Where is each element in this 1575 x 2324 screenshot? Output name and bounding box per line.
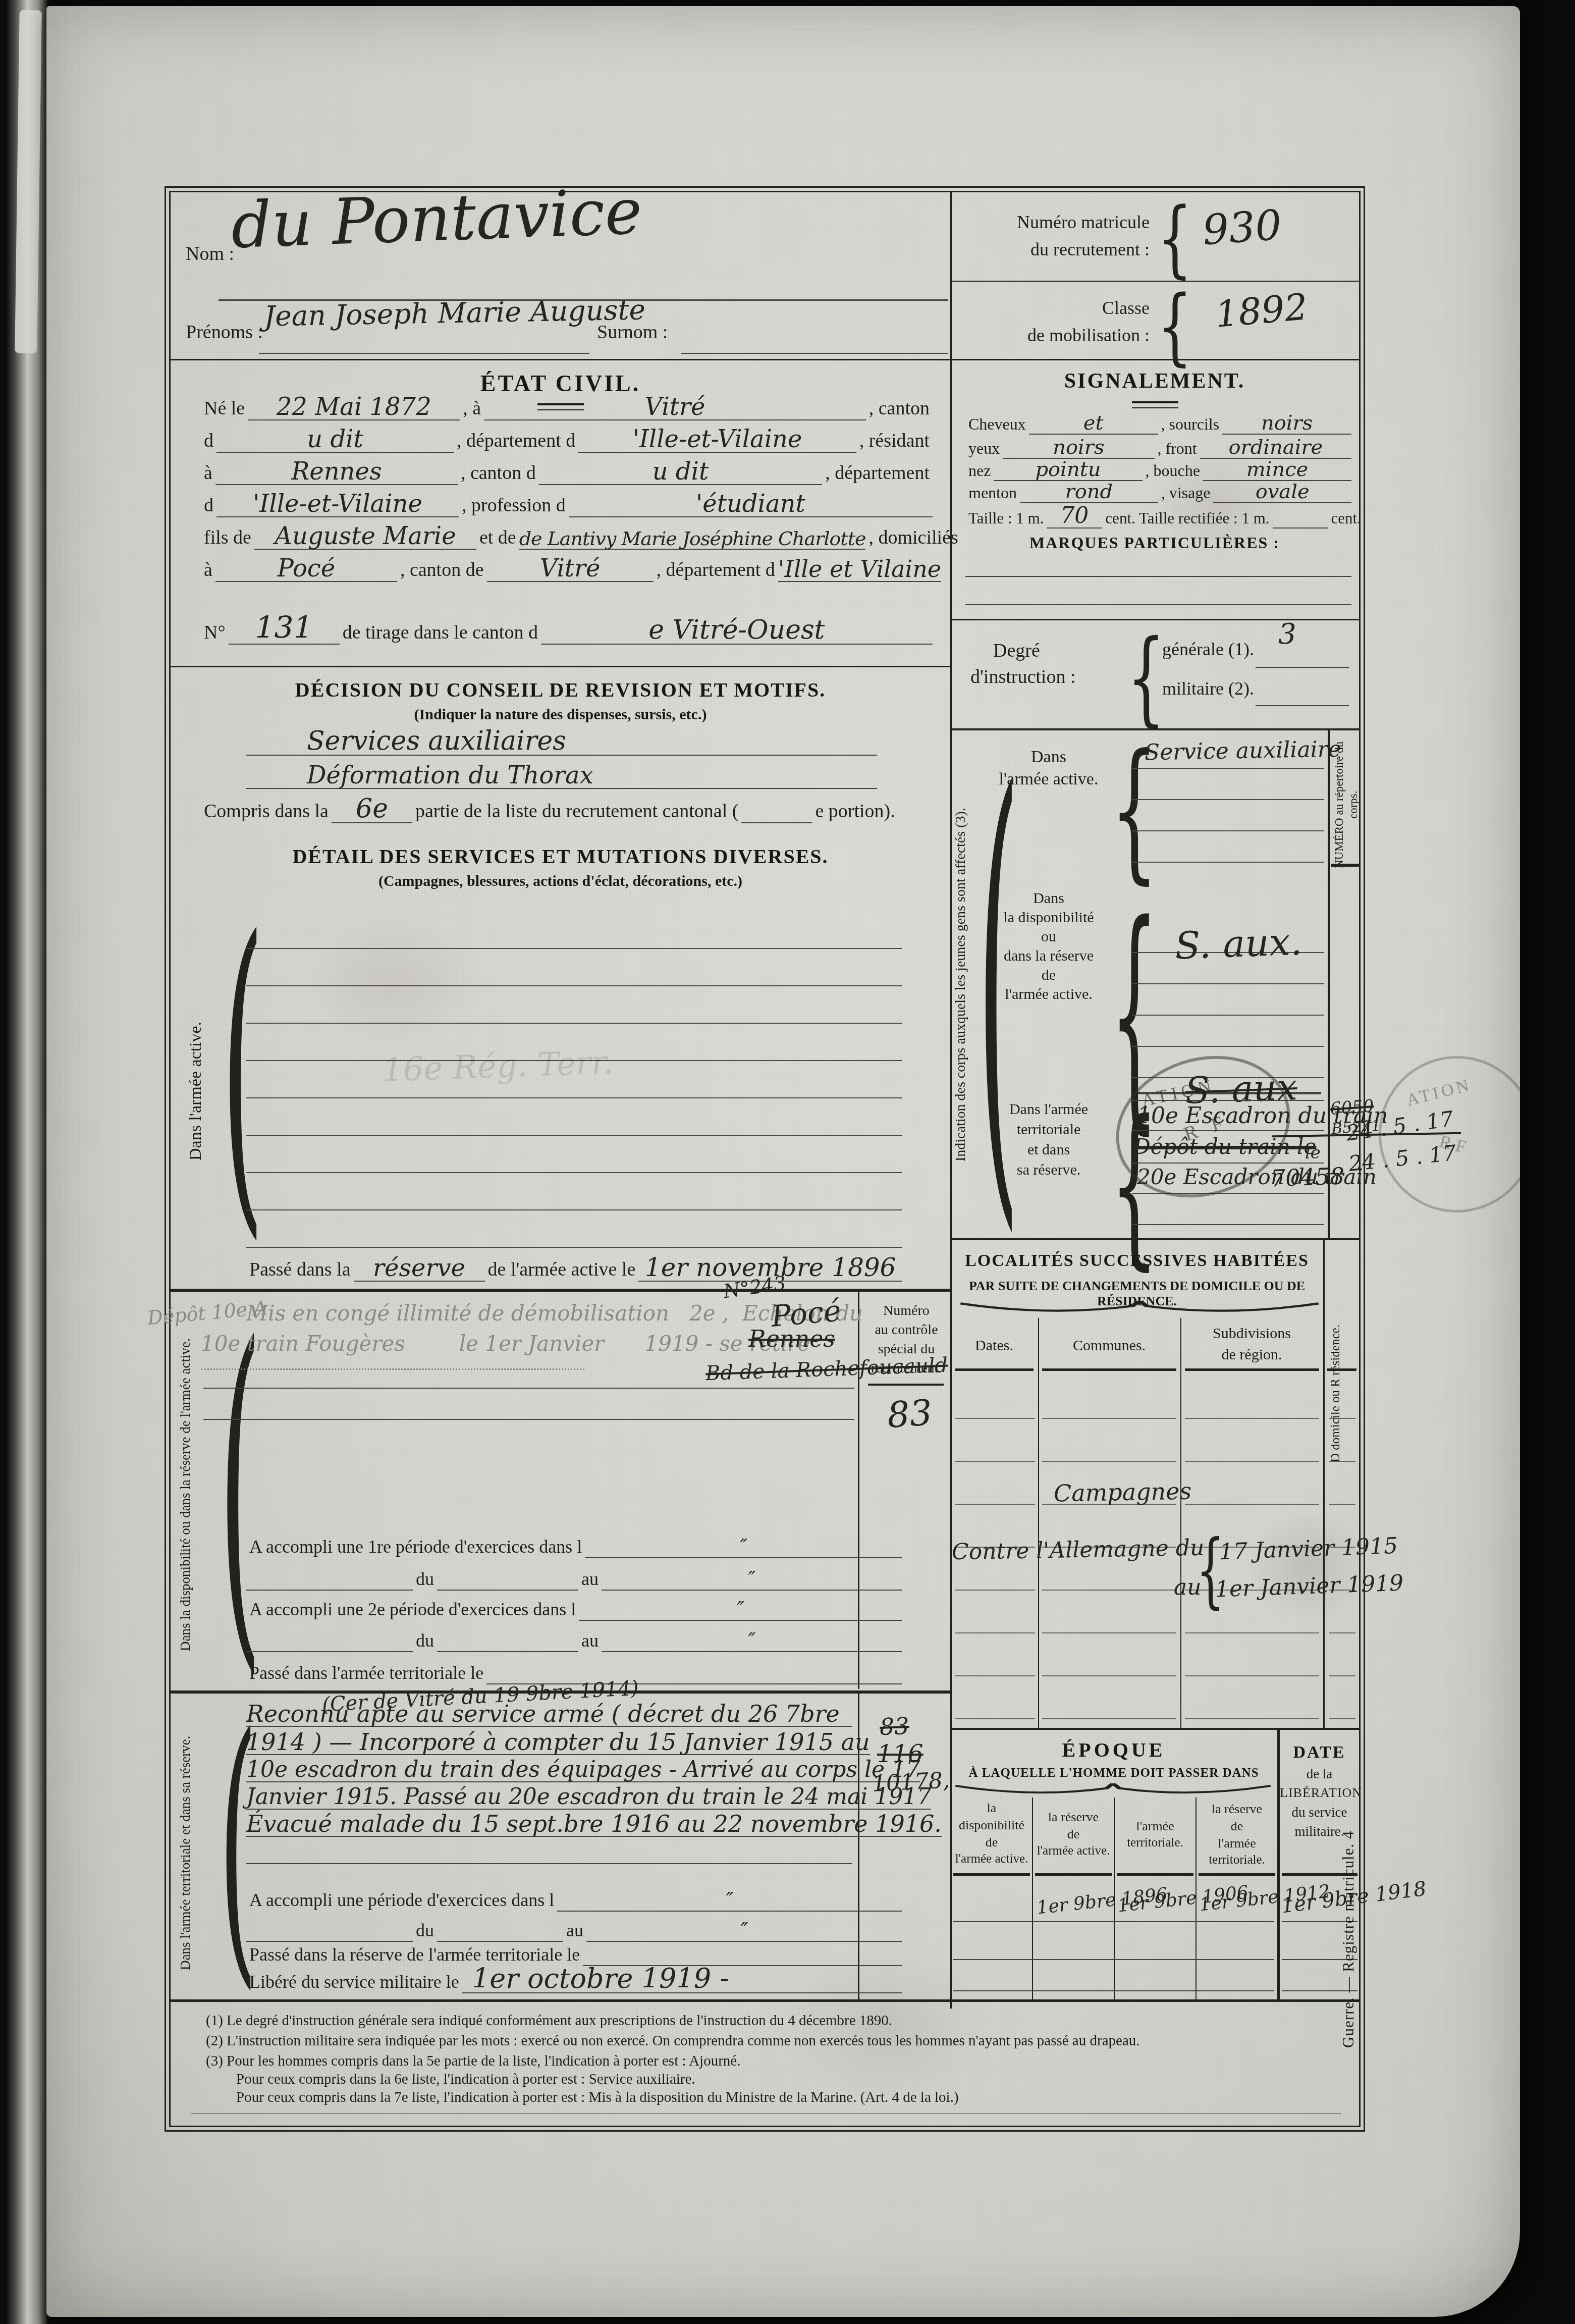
label: yeux [965, 439, 1003, 459]
blank-fill [437, 1651, 578, 1652]
corps-terr-le: le [1305, 1144, 1321, 1161]
label: à [201, 462, 215, 485]
label: du [413, 1920, 437, 1942]
campagne-contre: Contre l'Allemagne du [952, 1537, 1205, 1564]
sig-row-1: Cheveux et , sourcils noirs [965, 410, 1351, 435]
label: de l'armée active le [485, 1258, 639, 1282]
footnote-1: (1) Le degré d'instruction générale sera… [206, 2013, 1346, 2029]
surnom-label: Surnom : [597, 321, 668, 343]
corps-number-column-line [1328, 730, 1330, 1238]
decision-subtitle: (Indiquer la nature des dispenses, sursi… [171, 706, 950, 723]
corps-g2-label-2: la disponibilité [988, 909, 1109, 926]
header-underline [1327, 1368, 1356, 1371]
terr-hw-row-4: Janvier 1915. Passé au 20e escadron du t… [246, 1782, 852, 1810]
decision-value-2: Déformation du Thorax [246, 763, 877, 789]
ctrl-label-2: au contrôle [861, 1322, 952, 1338]
ruled-line [965, 604, 1351, 605]
ctrl-underline [868, 1384, 944, 1386]
compris-row: Compris dans la 6e partie de la liste du… [201, 793, 933, 823]
epoque-c4-1: la réserve [1198, 1802, 1276, 1817]
periode2-dates-row: du au ″ [246, 1626, 902, 1652]
epoque-c2-1: la réserve [1034, 1810, 1113, 1825]
margin-number-2: 116 [877, 1742, 924, 1766]
corps-dispo-value: S. aux. [1174, 923, 1303, 965]
label: , département d [654, 559, 778, 582]
canton3-value: Vitré [487, 556, 654, 582]
section-divider [950, 1238, 1359, 1240]
tirage-number: 131 [229, 613, 340, 645]
date-header-1: DATE [1280, 1743, 1359, 1762]
ec-row-1: Né le 22 Mai 1872 , à Vitré , canton [201, 388, 933, 420]
ec-row-6: à Pocé , canton de Vitré , département d… [201, 550, 933, 582]
menton-value: rond [1020, 482, 1158, 503]
epoque-c1-1: la [952, 1801, 1031, 1816]
ctrl-value: 83 [886, 1395, 934, 1433]
repertoire-number-1: 6050 [1330, 1097, 1375, 1118]
services-title: DÉTAIL DES SERVICES ET MUTATIONS DIVERSE… [171, 844, 950, 868]
departement3-value: 'Ille et Vilaine [778, 557, 941, 582]
header-underline [1117, 1873, 1193, 1876]
label: Libéré du service militaire le [246, 1971, 462, 1993]
label: cent. [1328, 509, 1364, 529]
blank-fill [246, 1590, 413, 1591]
epoque-c4-3: l'armée [1198, 1836, 1276, 1851]
label: et de [476, 526, 519, 550]
passe-reserve-row: Passé dans la réserve de l'armée active … [246, 1250, 902, 1282]
blank-fill [1273, 527, 1328, 529]
stamp-text-1: ATION [1139, 1075, 1217, 1111]
ec-row-2: d u dit , département d 'Ille-et-Vilaine… [201, 420, 933, 453]
ruled-line [953, 1921, 1274, 1922]
pencil-dotted-line [201, 1368, 584, 1370]
tirage-row: N° 131 de tirage dans le canton d e Vitr… [201, 611, 933, 645]
label: du [413, 1568, 437, 1591]
label: A accompli une 2e période d'exercices da… [246, 1599, 579, 1621]
terr-line-4: Janvier 1915. Passé au 20e escadron du t… [246, 1786, 931, 1810]
corps-g2-label-3: ou [988, 928, 1109, 945]
liste-partie-value: 6e [332, 796, 412, 823]
ruled-line [246, 1863, 852, 1864]
prenoms-label: Prénoms : [186, 321, 263, 343]
label: e portion). [812, 800, 898, 823]
scanned-register-page: Nom : du Pontavice Prénoms : Jean Joseph… [0, 0, 1575, 2324]
register-edition-label: Guerre. — Registre matricule. 4 [1339, 1793, 1357, 2086]
departement-value: 'Ille-et-Vilaine [578, 427, 856, 453]
label: cent. Taille rectifiée : 1 m. [1102, 509, 1272, 529]
corps-g3-label-2: territoriale [988, 1121, 1109, 1138]
flourish [1132, 401, 1178, 408]
matricule-label-1: Numéro matricule [958, 212, 1150, 233]
label: du [413, 1630, 437, 1652]
form-frame: Nom : du Pontavice Prénoms : Jean Joseph… [169, 191, 1361, 2127]
label: , canton [866, 397, 933, 420]
terr-hw-row-5: Évacué malade du 15 sept.bre 1916 au 22 … [246, 1810, 852, 1837]
brace-glyph: { [1127, 627, 1165, 730]
label: Taille : 1 m. [965, 509, 1047, 529]
degre-label-1: Degré [993, 640, 1040, 662]
yeux-value: noirs [1003, 437, 1154, 459]
label: , front [1155, 439, 1200, 459]
residence-value: Rennes [215, 459, 458, 485]
bleed-through-text: 16e Rég. Terr. [382, 1046, 614, 1087]
passe-reserve-word: réserve [354, 1256, 485, 1282]
sig-row-4: menton rond , visage ovale [965, 481, 1351, 503]
label: , bouche [1143, 461, 1203, 481]
ruled-line [965, 576, 1351, 577]
epoque-subtitle: À LAQUELLE L'HOMME DOIT PASSER DANS [950, 1766, 1277, 1780]
periode1-row: A accompli une 1re période d'exercices d… [246, 1529, 902, 1558]
decision-title: DÉCISION DU CONSEIL DE REVISION ET MOTIF… [171, 678, 950, 702]
label: d [201, 430, 216, 453]
services-subtitle: (Campagnes, blessures, actions d'éclat, … [171, 873, 950, 890]
label: , département [822, 462, 933, 485]
header-underline [1185, 1368, 1319, 1371]
ruled-line [681, 353, 948, 354]
edge-stamp-text-1: ATION [1404, 1076, 1474, 1111]
ec-row-5: fils de Auguste Marie et de de Lantivy M… [201, 517, 933, 550]
label: au [578, 1630, 602, 1652]
epoque-c2-3: l'armée active. [1034, 1844, 1113, 1858]
footnote-3: (3) Pour les hommes compris dans la 5e p… [206, 2053, 1346, 2070]
ec-row-4: d 'Ille-et-Vilaine , profession d 'étudi… [201, 485, 933, 517]
epoque-c2-2: de [1034, 1827, 1113, 1842]
campagnes-value: Campagnes [1054, 1480, 1192, 1505]
nez-value: pointu [994, 459, 1142, 481]
canton-value: u dit [216, 427, 454, 453]
degre-generale-value: 3 [1278, 620, 1296, 649]
nom-label: Nom : [186, 243, 234, 265]
epoque-column-line [1032, 1798, 1033, 1999]
thick-divider [171, 1289, 950, 1292]
label: , sourcils [1158, 415, 1223, 435]
terr-line-2: 1914 ) — Incorporé à compter du 15 Janvi… [246, 1730, 870, 1755]
corps-g3-label-4: sa réserve. [988, 1161, 1109, 1179]
label: au [578, 1568, 602, 1591]
taille-value: 70 [1047, 505, 1102, 529]
terr-line-5: Évacué malade du 15 sept.bre 1916 au 22 … [246, 1812, 942, 1837]
father-value: Auguste Marie [254, 524, 476, 550]
decision-value-1: Services auxiliaires [246, 728, 877, 756]
section-divider [950, 1728, 1359, 1730]
epoque-c4-4: territoriale. [1198, 1853, 1276, 1867]
corps-g2-label-5: de [988, 967, 1109, 984]
subdivisions-header-2: de région. [1180, 1346, 1323, 1363]
matricule-value: 930 [1201, 205, 1283, 252]
periode2-row: A accompli une 2e période d'exercices da… [246, 1592, 902, 1621]
label: , à [460, 397, 484, 420]
header-underline [1042, 1368, 1176, 1371]
ruled-line [191, 2114, 1341, 2114]
blank-fill [246, 1651, 413, 1652]
date-header-2: de la [1280, 1766, 1359, 1782]
header-underline [953, 1873, 1030, 1876]
label: Cheveux [965, 415, 1029, 435]
portion-blank [741, 822, 812, 823]
terr-periode-row: A accompli une période d'exercices dans … [246, 1883, 902, 1912]
classe-value: 1892 [1214, 288, 1309, 333]
label: , département d [454, 430, 578, 453]
ditto-mark: ″ [579, 1599, 902, 1621]
dispo-side-label: Dans la disponibilité ou dans la réserve… [178, 1308, 193, 1681]
ruled-line [953, 1959, 1274, 1960]
cheveux-value: et [1029, 413, 1158, 435]
corps-number-underline [1331, 864, 1359, 867]
footnote-divider [171, 1999, 1359, 2002]
classe-label-2: de mobilisation : [958, 325, 1150, 346]
ruled-line [203, 1388, 854, 1389]
margin-number-3: 10178, [872, 1769, 950, 1795]
matricule-label-2: du recrutement : [958, 239, 1150, 260]
localites-title: LOCALITÉS SUCCESSIVES HABITÉES [950, 1251, 1324, 1271]
dates-header: Dates. [950, 1337, 1038, 1354]
epoque-title: ÉPOQUE [950, 1738, 1277, 1762]
header-underline [955, 1368, 1034, 1371]
demob-struck-1: Rennes [748, 1327, 835, 1350]
departement2-value: 'Ille-et-Vilaine [216, 492, 459, 517]
corps-g3-label-3: et dans [988, 1141, 1109, 1158]
canton2-value: u dit [539, 459, 823, 485]
header-underline [1035, 1873, 1112, 1876]
label: , domiciliés [865, 526, 961, 550]
blank-fill [785, 1992, 902, 1993]
label: au [563, 1920, 586, 1942]
sig-row-3: nez pointu , bouche mince [965, 459, 1351, 481]
label: nez [965, 461, 994, 481]
marques-title: MARQUES PARTICULIÈRES : [950, 534, 1359, 552]
terr-line-1: Reconnu apte au service armé ( décret du… [246, 1702, 852, 1727]
label: fils de [201, 526, 254, 550]
label: de tirage dans le canton d [340, 621, 541, 645]
birthplace-value: Vitré [484, 395, 866, 420]
domicile-value: Pocé [215, 556, 397, 582]
epoque-c4-2: de [1198, 1819, 1276, 1834]
label: , visage [1158, 484, 1214, 503]
ruled-line [203, 1419, 854, 1420]
decision-row-1: Services auxiliaires [246, 723, 877, 756]
corps-g2-label-6: l'armée active. [988, 986, 1109, 1003]
epoque-c3-2: territoriale. [1116, 1836, 1194, 1850]
header-mid-line [950, 281, 1359, 282]
footnote-5: Pour ceux compris dans la 7e liste, l'in… [236, 2089, 1346, 2106]
demob-pencil-2: 10e train Fougères le 1er Janvier 1919 -… [201, 1333, 810, 1354]
nom-value: du Pontavice [230, 180, 643, 257]
bouche-value: mince [1203, 459, 1351, 481]
corps-g3-label-1: Dans l'armée [988, 1101, 1109, 1118]
corps-g2-label-4: dans la réserve [988, 947, 1109, 965]
demob-struck-2: Bd de la Rochefoucauld [705, 1355, 948, 1384]
label: N° [201, 621, 229, 645]
horizontal-brace [955, 1783, 1271, 1795]
terr-periode-dates-row: du au ″ [246, 1917, 902, 1942]
corps-g1-label-1: Dans [988, 748, 1109, 767]
ruled-line [259, 353, 589, 354]
tirage-canton: e Vitré-Ouest [541, 617, 933, 645]
table-column-line [1323, 1238, 1325, 1728]
table-column-line [1038, 1318, 1039, 1728]
campagne-date-debut: 17 Janvier 1915 [1219, 1535, 1398, 1563]
periode1-dates-row: du au ″ [246, 1564, 902, 1591]
epoque-c1-2: disponibilité [952, 1818, 1031, 1833]
label: Passé dans la [246, 1258, 354, 1282]
terr-hw-row-2: 1914 ) — Incorporé à compter du 15 Janvi… [246, 1727, 852, 1755]
sourcils-value: noirs [1222, 413, 1351, 435]
stamp-text-2: R F [1181, 1110, 1231, 1146]
ruled-line [1256, 705, 1349, 706]
footnote-4: Pour ceux compris dans la 6e liste, l'in… [236, 2071, 1346, 2088]
brace-glyph: { [1157, 284, 1192, 367]
terr-line-3: 10e escadron du train des équipages - Ar… [246, 1759, 920, 1782]
column-divider [950, 192, 952, 2009]
label: , canton d [458, 462, 539, 485]
libere-row: Libéré du service militaire le 1er octob… [246, 1963, 902, 1993]
ditto-mark: ″ [585, 1537, 902, 1558]
label: , profession d [459, 494, 569, 517]
label: partie de la liste du recrutement canton… [412, 800, 741, 823]
corps-side-label: Indication des corps auxquels les jeunes… [953, 737, 969, 1232]
communes-header: Communes. [1038, 1337, 1180, 1354]
label: A accompli une 1re période d'exercices d… [246, 1536, 585, 1558]
label: , résidant [856, 430, 933, 453]
front-value: ordinaire [1200, 437, 1351, 459]
ec-row-3: à Rennes , canton d u dit , département [201, 453, 933, 485]
profession-value: 'étudiant [569, 492, 933, 517]
degre-label-2: d'instruction : [970, 666, 1075, 688]
label: Passé dans l'armée territoriale le [246, 1662, 486, 1684]
birthdate-value: 22 Mai 1872 [248, 395, 460, 420]
terr-hw-row-3: 10e escadron du train des équipages - Ar… [246, 1755, 852, 1782]
epoque-c3-1: l'armée [1116, 1819, 1194, 1834]
prenoms-value: Jean Joseph Marie Auguste [264, 296, 646, 330]
terr-side-label: Dans l'armée territoriale et dans sa rés… [178, 1712, 193, 1994]
campagne-au: au [1174, 1576, 1202, 1599]
active-side-label: Dans l'armée active. [186, 949, 205, 1232]
ditto-mark: ″ [586, 1920, 902, 1942]
header-underline [1199, 1873, 1275, 1876]
degre-militaire-label: militaire (2). [1162, 678, 1254, 699]
label: d [201, 494, 216, 517]
ruled-line [1256, 667, 1349, 668]
signalement-title: SIGNALEMENT. [950, 369, 1359, 393]
label: à [201, 559, 215, 582]
section-divider [171, 666, 950, 667]
blank-fill [437, 1590, 578, 1591]
table-column-line [1180, 1318, 1181, 1728]
corps-g1-label-2: l'armée active. [988, 770, 1109, 789]
classe-label-1: Classe [958, 297, 1150, 319]
label: , canton de [397, 559, 487, 582]
label: Né le [201, 397, 248, 420]
sig-row-2: yeux noirs , front ordinaire [965, 436, 1351, 459]
subdivisions-header-1: Subdivisions [1180, 1325, 1323, 1342]
ditto-mark: ″ [557, 1890, 902, 1912]
taille-row: Taille : 1 m. 70 cent. Taille rectifiée … [965, 504, 1351, 529]
degre-generale-label: générale (1). [1162, 639, 1254, 660]
label: menton [965, 484, 1020, 503]
ruled-line [1132, 1224, 1324, 1225]
corps-g2-label-1: Dans [988, 890, 1109, 907]
ruled-line [953, 1990, 1274, 1991]
epoque-c1-3: de [952, 1835, 1031, 1850]
footnote-2: (2) L'instruction militaire sera indiqué… [206, 2033, 1346, 2049]
decision-row-2: Déformation du Thorax [246, 757, 877, 789]
label: A accompli une période d'exercices dans … [246, 1889, 557, 1912]
paper-page: Nom : du Pontavice Prénoms : Jean Joseph… [46, 6, 1520, 2317]
label: NUMÉRO [1333, 818, 1345, 868]
brace-glyph: { [1157, 196, 1192, 280]
ditto-mark: ″ [602, 1569, 902, 1591]
campagne-date-fin: 1er Janvier 1919 [1215, 1572, 1404, 1601]
label: Compris dans la [201, 800, 332, 823]
ditto-mark: ″ [602, 1630, 902, 1652]
ctrl-label-1: Numéro [861, 1303, 952, 1319]
visage-value: ovale [1213, 482, 1351, 503]
margin-number-1: 83 [879, 1714, 909, 1738]
corps-active-value: Service auxiliaire [1145, 738, 1342, 764]
libere-date: 1er octobre 1919 - [462, 1965, 785, 1993]
mother-value: de Lantivy Marie Joséphine Charlotte [519, 529, 866, 550]
terr-hw-row-1: Reconnu apte au service armé ( décret du… [246, 1700, 852, 1727]
horizontal-brace [960, 1301, 1319, 1314]
repertoire-number-3: 70458 [1270, 1164, 1345, 1190]
epoque-c1-4: l'armée active. [952, 1852, 1031, 1866]
